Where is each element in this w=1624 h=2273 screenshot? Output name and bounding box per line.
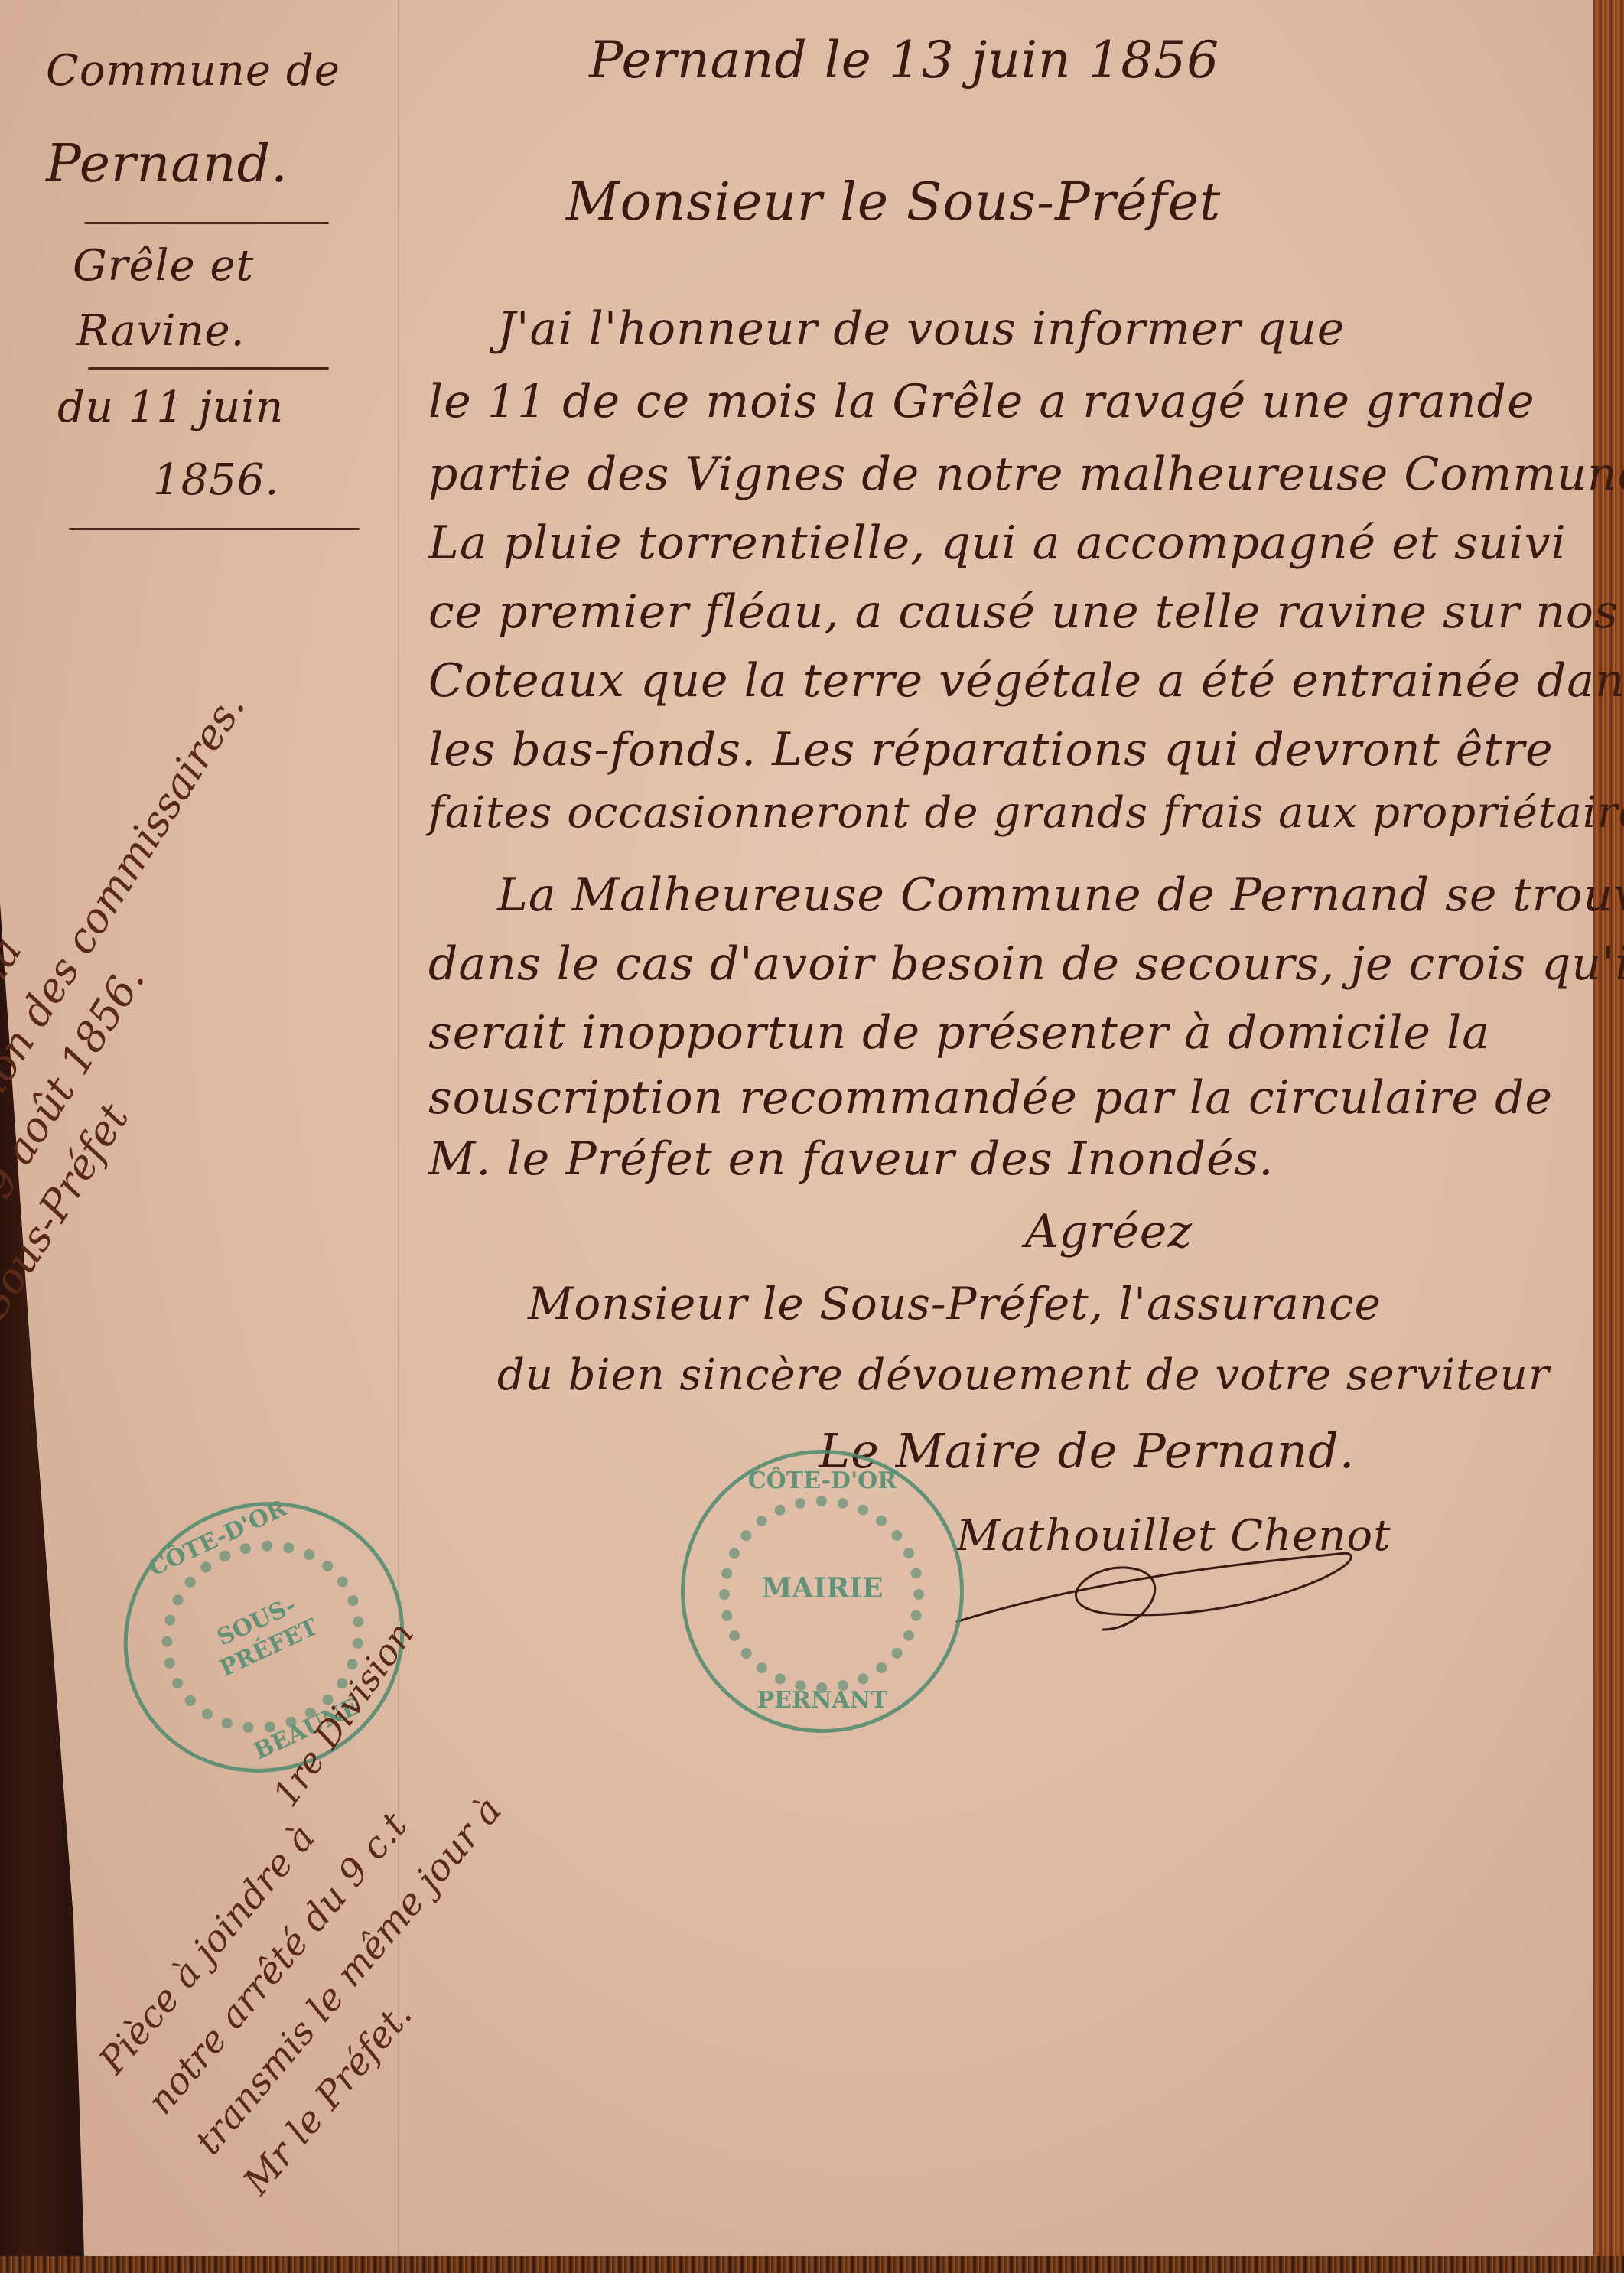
stamp-middle-text: MAIRIE (685, 1572, 960, 1604)
margin-rule (88, 367, 329, 370)
signature-flourish (949, 1545, 1377, 1637)
stamp-top-text: CÔTE-D'OR (685, 1467, 960, 1494)
place-date: Pernand le 13 juin 1856 (589, 31, 1219, 90)
margin-date: du 11 juin (57, 383, 284, 432)
letter-line: souscription recommandée par la circulai… (428, 1071, 1553, 1125)
salutation: Monsieur le Sous-Préfet (566, 172, 1221, 233)
letter-line: serait inopportun de présenter à domicil… (428, 1006, 1490, 1060)
letter-line: La Malheureuse Commune de Pernand se tro… (497, 868, 1624, 922)
wood-table-edge-right (1593, 0, 1624, 2273)
margin-commune-name: Pernand. (46, 134, 288, 194)
margin-subject-1: Grêle et (73, 241, 254, 291)
letter-line: les bas-fonds. Les réparations qui devro… (428, 723, 1554, 777)
wood-table-edge-bottom (0, 2256, 1624, 2273)
letter-line: ce premier fléau, a causé une telle ravi… (428, 585, 1619, 639)
letter-line: M. le Préfet en faveur des Inondés. (428, 1132, 1274, 1186)
letter-line: le 11 de ce mois la Grêle a ravagé une g… (428, 375, 1535, 428)
margin-rule (69, 528, 360, 530)
margin-rule (84, 222, 329, 224)
closing-agreez: Agréez (1025, 1205, 1193, 1259)
closing-line: Monsieur le Sous-Préfet, l'assurance (528, 1278, 1382, 1330)
letter-line: faites occasionneront de grands frais au… (428, 788, 1624, 838)
margin-year: 1856. (153, 455, 279, 505)
letter-line: dans le cas d'avoir besoin de secours, j… (428, 937, 1624, 991)
margin-commune-label: Commune de (46, 46, 340, 96)
margin-subject-2: Ravine. (76, 306, 245, 356)
letter-line: Coteaux que la terre végétale a été entr… (428, 654, 1624, 708)
letter-line: partie des Vignes de notre malheureuse C… (428, 448, 1624, 501)
stamp-mairie: CÔTE-D'OR MAIRIE PERNANT (681, 1450, 964, 1733)
letter-line: La pluie torrentielle, qui a accompagné … (428, 516, 1567, 570)
closing-line: du bien sincère dévouement de votre serv… (497, 1350, 1550, 1400)
letter-line: J'ai l'honneur de vous informer que (497, 302, 1345, 356)
stamp-bottom-text: PERNANT (685, 1687, 960, 1714)
